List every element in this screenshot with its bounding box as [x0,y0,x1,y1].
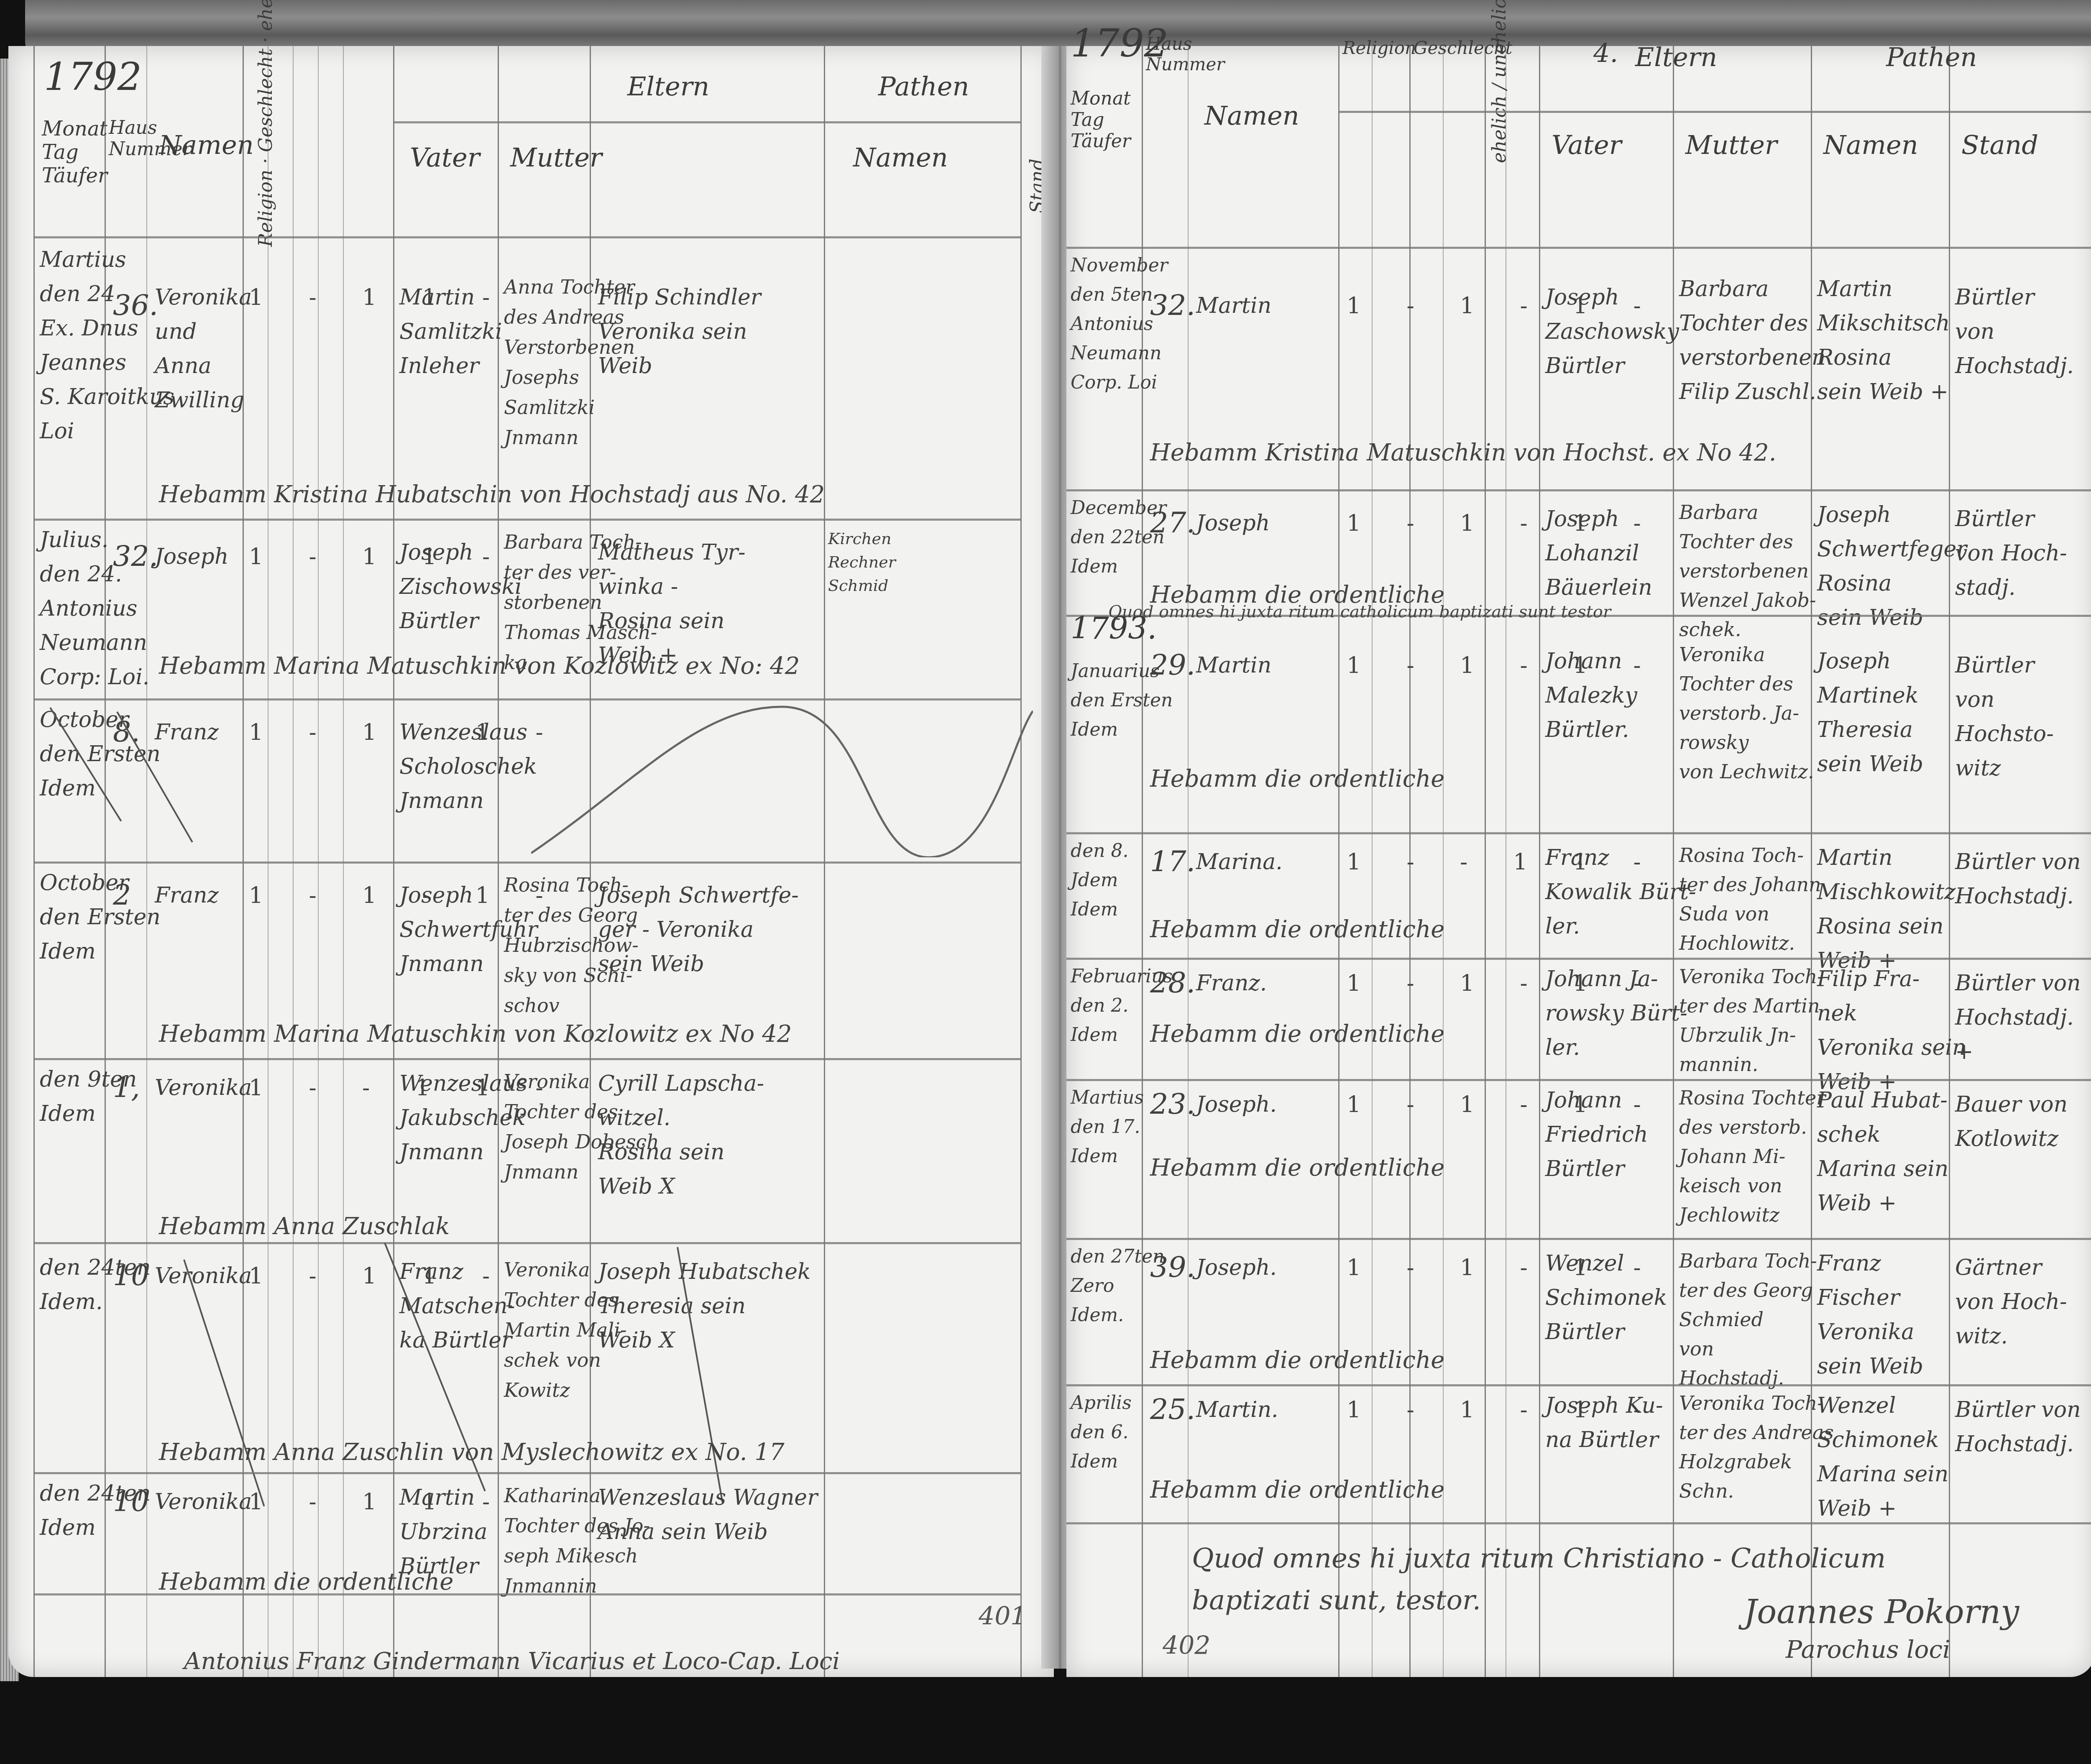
entry-house-number: 29. [1150,648,1195,683]
entry-midwife-remark: Hebamm Anna Zuschlin von Myslechowitz ex… [159,1439,785,1466]
header-parents-group: Eltern [1635,42,1717,72]
entry-father: Franz Kowalik Bürt- ler. [1545,841,1696,943]
entry-midwife-remark: Hebamm die ordentliche [159,1568,453,1595]
entry-godparent-status: Bürtler von Hochstadj. [1955,1393,2081,1461]
entry-godparents: Filip Fra- nek Veronika sein Weib + [1817,962,1966,1099]
entry-godparent-status: Gärtner von Hoch- witz. [1955,1250,2067,1353]
right-page: 1792 Monat Tag Täufer Haus Nummer Namen … [1066,46,2091,1677]
row-divider [1066,1522,2091,1524]
header-mother: Mutter [510,142,602,173]
strike-through-mark [183,1259,265,1506]
row-divider [33,236,1020,238]
header-legitimacy: ehelich / unehelich [1489,54,1510,163]
row-divider [1066,1079,2091,1081]
entry-godparents: Martin Mischkowitz. Rosina sein Weib + [1817,841,1963,978]
entry-godparents: Matheus Tyr- winka - Rosina sein Weib + [598,535,746,672]
header-father: Vater [1552,130,1621,160]
entry-midwife-remark: Hebamm die ordentliche [1150,765,1444,793]
header-religion: Religion [1342,38,1416,58]
row-divider [33,519,1020,521]
entry-child-name: Joseph. [1196,1250,1277,1285]
cancellation-wave-mark [531,698,1033,857]
entry-mother: Veronika Toch- ter des Martin Ubrzulik J… [1679,962,1824,1079]
header-divider [1338,111,2091,113]
entry-midwife-remark: Hebamm Marina Matuschkin von Kozlowitz e… [159,652,800,680]
row-divider [1066,832,2091,834]
entry-godparents: Joseph Hubatschek Theresia sein Weib X [598,1255,811,1358]
entry-child-name: Martin. [1196,1393,1278,1427]
header-divider [393,121,1020,123]
entry-mother: Rosina Toch- ter des Johann Suda von Hoc… [1679,841,1821,958]
entry-date: den 8. Jdem Idem [1071,836,1129,924]
header-house-number: Haus Nummer [1146,33,1188,74]
entry-godparents: Cyrill Lapscha- witzel. Rosina sein Weib… [598,1066,764,1204]
row-divider [1066,1238,2091,1240]
entry-godparent-status: Bürtler von Hochstadj. + [1955,966,2081,1069]
entry-child-name: Martin [1196,648,1271,683]
header-house-number: Haus Nummer [109,117,146,160]
entry-mother: Veronika Tochter des verstorb. Ja- rowsk… [1679,640,1814,786]
row-divider [33,1058,1020,1060]
header-godparents-group: Pathen [1886,42,1977,72]
entry-house-number: 17. [1150,845,1195,879]
page-number-right: 402 [1163,1631,1211,1660]
entry-midwife-remark: Hebamm Kristina Hubatschin von Hochstadj… [159,481,825,508]
header-mother: Mutter [1685,130,1777,160]
entry-father: Wenzeslaus Scholoschek Jnmann [399,715,537,818]
entry-father: Franz Matschen- ka Bürtler [399,1255,515,1358]
entry-date: Martius den 24 Ex. Dnus Jeannes S. Karoi… [40,243,174,448]
entry-godparent-status: Bürtler von Hoch- stadj. [1955,502,2067,605]
entry-godparent-status: Bauer von Kotlowitz [1955,1087,2068,1156]
entry-father: Martin Samlitzki Inleher [399,280,502,383]
entry-father: Johann Friedrich Bürtler [1545,1083,1648,1186]
year-heading: 1792 [44,54,142,99]
row-divider [1066,1384,2091,1386]
entry-father: Joseph Ku- na Bürtler [1545,1388,1663,1457]
entry-child-name: Franz [155,715,219,749]
entry-father: Joseph Zischowski Bürtler [399,535,522,638]
header-name: Namen [1204,100,1299,131]
entry-godparent-status: Bürtler von Hochstadj. [1955,280,2091,383]
entry-child-name: Joseph [155,539,228,574]
entry-godparents: Joseph Schwertfeger Rosina sein Weib [1817,498,1967,635]
entry-mother: Barbara Toch- ter des Georg Schmied von … [1679,1246,1817,1393]
entry-midwife-remark: Hebamm die ordentliche [1150,1020,1444,1048]
entry-father: Wenzel Schimonek Bürtler [1545,1246,1667,1349]
page-number-left: 401 [979,1602,1027,1631]
header-month-day-baptizer: Monat Tag Täufer [1071,88,1138,152]
entry-godparent-status: Bürtler von Hochsto- witz [1955,648,2091,785]
entry-midwife-remark: Hebamm Anna Zuschlak [159,1213,450,1240]
entry-father: Joseph Zaschowsky Bürtler [1545,280,1679,383]
entry-midwife-remark: Hebamm Marina Matuschkin von Kozlowitz e… [159,1020,792,1048]
entry-date: November den 5ten Antonius Neumann Corp.… [1071,251,1168,397]
entry-house-number: 10 [113,1485,149,1519]
column-rule [1338,46,1339,1677]
entry-midwife-remark: Hebamm die ordentliche [1150,1476,1444,1503]
priest-signature: Joannes Pokorny [1744,1593,2019,1631]
entry-child-name: Martin [1196,289,1271,323]
entry-house-number: 36. [113,289,158,323]
entry-child-name: Veronika [155,1071,252,1105]
entry-godparents: Martin Mikschitsch Rosina sein Weib + [1817,272,1950,409]
entry-date: October den Ersten Idem [40,866,161,969]
entry-child-name: Veronika [155,1485,252,1519]
entry-house-number: 32. [1150,289,1195,323]
entry-house-number: 10 [113,1259,149,1293]
attestation-line-1: Quod omnes hi juxta ritum Christiano - C… [1192,1543,1886,1574]
entry-midwife-remark: Hebamm die ordentliche [1150,916,1444,943]
entry-midwife-remark: Hebamm die ordentliche [1150,1347,1444,1374]
header-religion-sex-legitimacy: Religion · Geschlecht · ehelich/unehelic… [255,71,276,247]
header-father: Vater [410,142,480,173]
entry-side-note: Kirchen Rechner Schmid [828,527,896,597]
entry-godparents: Joseph Schwertfe- ger - Veronika sein We… [598,878,799,981]
entry-father: Joseph Lohanzil Bäuerlein [1545,502,1652,605]
entry-house-number: 2 [113,878,131,913]
entry-child-name: Franz. [1196,966,1267,1000]
entry-child-name: Franz [155,878,219,913]
entry-house-number: 32. [113,539,158,574]
header-section-number: 4. [1593,38,1618,68]
header-month-day-baptizer: Monat Tag Täufer [42,117,105,187]
entry-godparents: Franz Fischer Veronika sein Weib [1817,1246,1923,1383]
entry-house-number: 23. [1150,1087,1195,1122]
row-divider [33,1242,1020,1244]
entry-child-name: Joseph. [1196,1087,1277,1122]
entry-house-number: 28. [1150,966,1195,1000]
priest-title: Parochus loci [1786,1635,1950,1664]
row-divider [33,1472,1020,1474]
entry-child-name: Veronika [155,1259,252,1293]
entry-godparents: Wenzeslaus Wagner Anna sein Weib [598,1480,818,1549]
entry-child-name: Veronika und Anna Zwilling [155,280,252,417]
row-divider [1066,958,2091,960]
entry-house-number: 27. [1150,506,1195,540]
interlinear-latin-note: Quod omnes hi juxta ritum catholicum bap… [1108,602,1611,621]
entry-house-number: 1, [113,1071,140,1105]
header-godparent-name: Namen [853,142,948,173]
header-godparent-name: Namen [1823,130,1918,160]
row-divider [1066,247,2091,249]
open-register-book: 1792 Monat Tag Täufer Haus Nummer Namen … [0,0,2091,1764]
entry-house-number: 39. [1150,1250,1195,1285]
entry-mother: Barbara Tochter des verstorbenen Wenzel … [1679,498,1816,644]
entry-godparents: Paul Hubat- schek Marina sein Weib + [1817,1083,1948,1220]
left-page: 1792 Monat Tag Täufer Haus Nummer Namen … [8,46,1054,1677]
entry-midwife-remark: Hebamm die ordentliche [1150,1154,1444,1181]
column-rule [1020,46,1022,1677]
row-divider [33,1593,1020,1595]
attestation-line-2: baptizati sunt, testor. [1192,1585,1481,1616]
entry-house-number: 25. [1150,1393,1195,1427]
entry-mother: Barbara Tochter des verstorbenen Filip Z… [1679,272,1826,409]
entry-mother: Rosina Tochter des verstorb. Johann Mi- … [1679,1083,1825,1230]
entry-godparents: Filip Schindler Veronika sein Weib [598,280,761,383]
row-divider [1066,489,2091,491]
vicar-signature-note: Antonius Franz Gindermann Vicarius et Lo… [184,1648,840,1675]
entry-midwife-remark: Hebamm Kristina Matuschkin von Hochst. e… [1150,439,1776,466]
entry-child-name: Joseph [1196,506,1270,540]
row-divider [33,862,1020,864]
entry-mother: Veronika Toch- ter des Andreas Holzgrabe… [1679,1388,1834,1506]
entry-godparents: Joseph Martinek Theresia sein Weib [1817,644,1923,781]
header-parents-group: Eltern [627,71,709,102]
entry-godparents: Wenzel Schimonek Marina sein Weib + [1817,1388,1948,1526]
entry-child-name: Marina. [1196,845,1283,879]
header-name: Namen [159,130,254,160]
entry-father: Johann Ja- rowsky Bürt- ler. [1545,962,1687,1065]
header-godparent-status: Stand [1961,130,2038,160]
entry-godparent-status: Bürtler von Hochstadj. [1955,845,2081,913]
entry-date: Aprilis den 6. Idem [1071,1388,1132,1476]
entry-date: Martius den 17. Idem [1071,1083,1144,1171]
entry-father: Johann Malezky Bürtler. [1545,644,1637,747]
header-godparents-group: Pathen [878,71,969,102]
